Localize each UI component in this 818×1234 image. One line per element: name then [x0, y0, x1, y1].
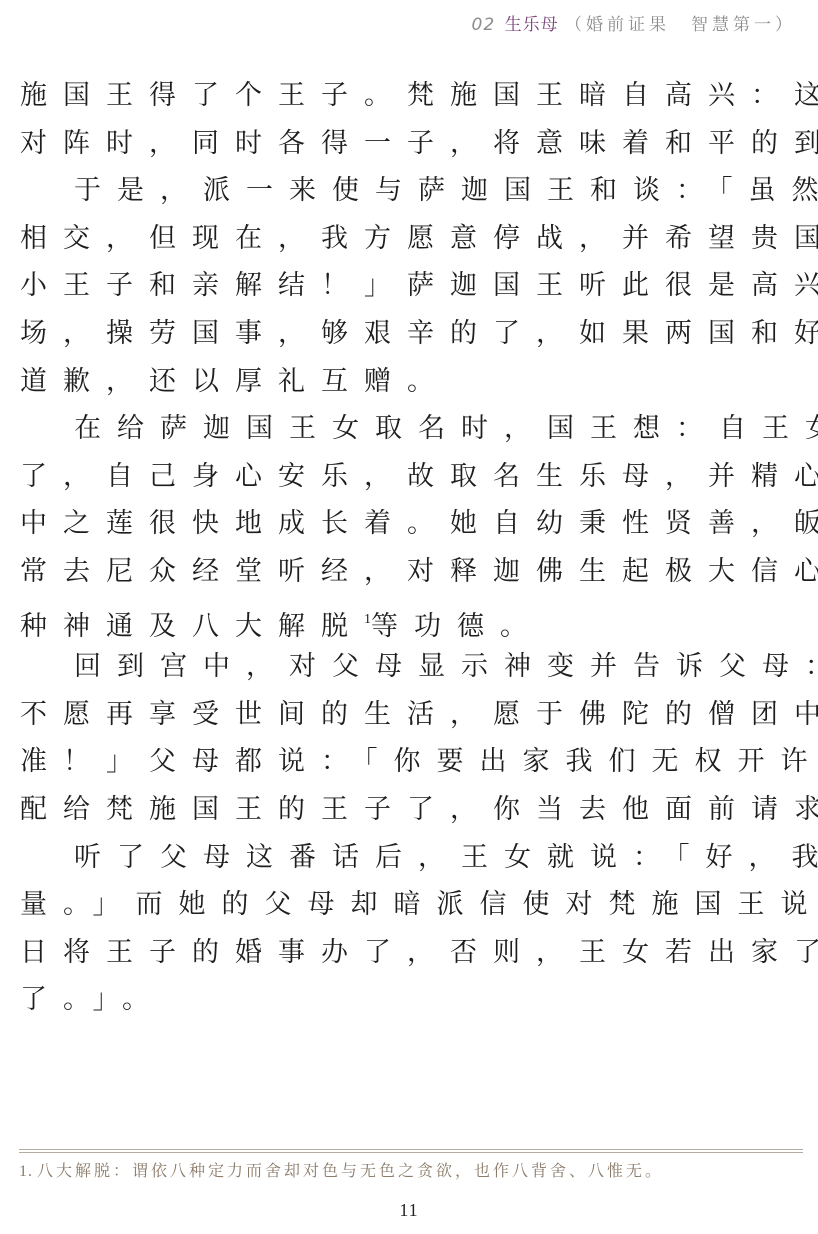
footnote-number: 1. [19, 1163, 33, 1180]
footnote-text: 八大解脱：谓依八种定力而舍却对色与无色之贪欲，也作八背舍、八惟无。 [37, 1161, 664, 1180]
body-text: 施国王得了个王子。梵施国王暗自高兴：这是个很好的缘起，双方 对阵时，同时各得一子… [20, 72, 802, 1024]
text-line: 听了父母这番话后，王女就说：「好，我自己去跟王子商 [20, 834, 802, 882]
text-line: 小王子和亲解结！」萨迦国王听此很是高兴，心想：自己兵戎战 [20, 262, 802, 310]
text-line: 配给梵施国王的王子了，你当去他面前请求。」。 [20, 786, 802, 834]
text-line: 回到宫中，对父母显示神变并告诉父母：「我已得如是胜法， [20, 643, 802, 691]
text-line: 不愿再享受世间的生活，愿于佛陀的僧团中出家，请父王母后恩 [20, 691, 802, 739]
text-line: 准！」父母都说：「你要出家我们无权开许，因你刚生下来就已许 [20, 738, 802, 786]
text-segment: 等功德。 [371, 611, 543, 642]
footnote-reference[interactable]: 1 [364, 612, 371, 627]
text-line: 量。」而她的父母却暗派信使对梵施国王说：「你们是否应择吉 [20, 881, 802, 929]
text-segment: 种神通及八大解脱 [20, 611, 364, 642]
text-line: 道歉，还以厚礼互赠。 [20, 358, 802, 406]
text-line: 中之莲很快地成长着。她自幼秉性贤善，皈依受戒，好行布施，经 [20, 500, 802, 548]
chapter-name: 生乐母 [505, 15, 559, 35]
text-line: 常去尼众经堂听经，对释迦佛生起极大信心，并证得无来果，具种 [20, 548, 802, 596]
text-line: 施国王得了个王子。梵施国王暗自高兴：这是个很好的缘起，双方 [20, 72, 802, 120]
text-line: 日将王子的婚事办了，否则，王女若出家了，我们可是没办法 [20, 929, 802, 977]
running-header: 02 生乐母 （婚前证果 智慧第一） [472, 10, 796, 35]
text-line: 了，自己身心安乐，故取名生乐母，并精心地喂养她，生乐母如海 [20, 453, 802, 501]
text-line: 对阵时，同时各得一子，将意味着和平的到来，停战合亲。 [20, 120, 802, 168]
text-line: 在给萨迦国王女取名时，国王想：自王女诞生起，战争便停止 [20, 405, 802, 453]
text-line: 场，操劳国事，够艰辛的了，如果两国和好，正合我意。双方互相 [20, 310, 802, 358]
chapter-subtitle: （婚前证果 智慧第一） [565, 15, 796, 35]
text-line: 了。」。 [20, 976, 802, 1024]
footnote: 1.八大解脱：谓依八种定力而舍却对色与无色之贪欲，也作八背舍、八惟无。 [19, 1158, 664, 1181]
text-line: 相交，但现在，我方愿意停战，并希望贵国的小王女能许给我国的 [20, 215, 802, 263]
text-line: 种神通及八大解脱1等功德。 [20, 596, 802, 644]
footnote-divider [19, 1149, 803, 1153]
chapter-number: 02 [472, 15, 496, 35]
text-line: 于是，派一来使与萨迦国王和谈：「虽然咱们两国一直是兵戈 [20, 167, 802, 215]
page-number: 11 [0, 1200, 818, 1221]
